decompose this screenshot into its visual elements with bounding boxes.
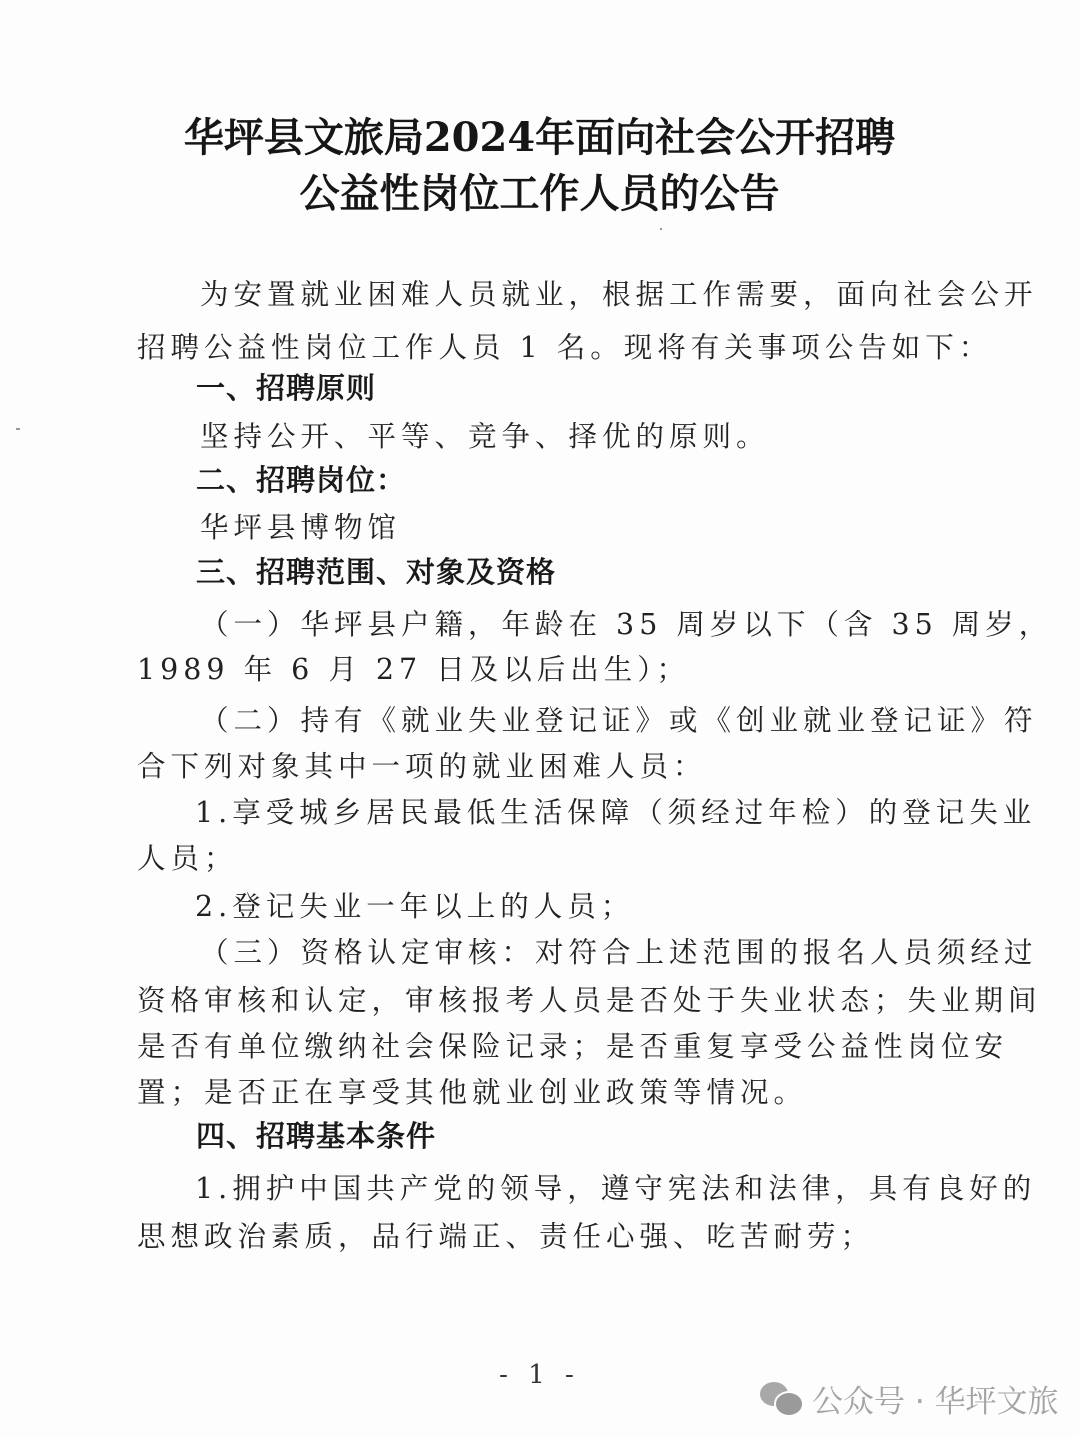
requirements-line-1: 1.拥护中国共产党的领导，遵守宪法和法律，具有良好的 [195, 1166, 1036, 1207]
scope-line-9: 资格审核和认定，审核报考人员是否处于失业状态；失业期间 [137, 978, 1042, 1019]
wechat-watermark: 公众号 · 华坪文旅 [760, 1376, 1059, 1421]
scan-speck [16, 428, 20, 430]
scope-line-10: 是否有单位缴纳社会保险记录；是否重复享受公益性岗位安 [137, 1024, 1008, 1065]
scope-line-7: 2.登记失业一年以上的人员； [195, 884, 634, 925]
section-heading-scope: 三、招聘范围、对象及资格 [196, 550, 556, 591]
section-heading-principles: 一、招聘原则 [196, 366, 376, 407]
scope-line-4: 合下列对象其中一项的就业困难人员： [137, 744, 707, 785]
principles-text: 坚持公开、平等、竞争、择优的原则。 [200, 414, 770, 455]
section-heading-requirements: 四、招聘基本条件 [196, 1114, 436, 1155]
document-page: 华坪县文旅局2024年面向社会公开招聘 公益性岗位工作人员的公告 为安置就业困难… [0, 0, 1079, 1438]
requirements-line-2: 思想政治素质，品行端正、责任心强、吃苦耐劳； [137, 1214, 874, 1255]
section-heading-position: 二、招聘岗位： [196, 458, 406, 499]
watermark-label: 公众号 · 华坪文旅 [812, 1376, 1059, 1421]
document-title-line-2: 公益性岗位工作人员的公告 [0, 162, 1079, 219]
scope-line-11: 置；是否正在享受其他就业创业政策等情况。 [137, 1070, 807, 1111]
wechat-icon [760, 1382, 804, 1416]
scope-line-3: （二）持有《就业失业登记证》或《创业就业登记证》符 [200, 698, 1038, 739]
scope-line-8: （三）资格认定审核：对符合上述范围的报名人员须经过 [200, 930, 1038, 971]
scope-line-5: 1.享受城乡居民最低生活保障（须经过年检）的登记失业 [195, 790, 1036, 831]
scope-line-1: （一）华坪县户籍，年龄在 35 周岁以下（含 35 周岁， [200, 602, 1052, 643]
intro-line-1: 为安置就业困难人员就业，根据工作需要，面向社会公开 [200, 272, 1038, 313]
document-title-line-1: 华坪县文旅局2024年面向社会公开招聘 [0, 106, 1079, 163]
scope-line-6: 人员； [137, 836, 238, 877]
intro-line-2: 招聘公益性岗位工作人员 1 名。现将有关事项公告如下： [137, 325, 992, 366]
scope-line-2: 1989 年 6 月 27 日及以后出生）； [137, 647, 690, 688]
position-text: 华坪县博物馆 [200, 505, 401, 546]
scan-speck [660, 228, 662, 230]
